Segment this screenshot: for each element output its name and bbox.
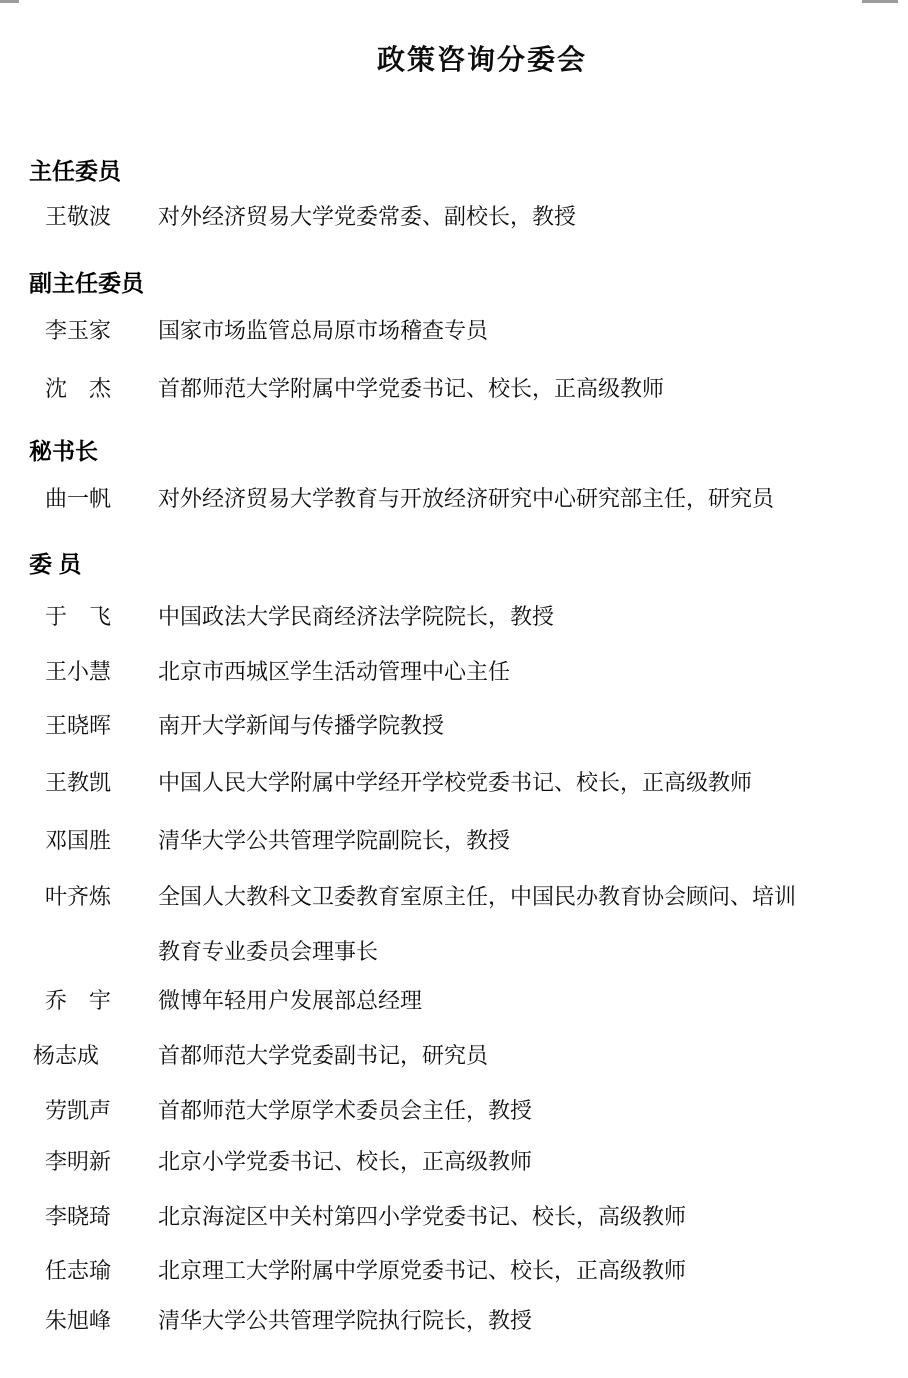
member-row: 邓国胜清华大学公共管理学院副院长，教授 [45, 828, 510, 854]
member-row: 杨志成首都师范大学党委副书记，研究员 [33, 1043, 488, 1069]
member-row: 王小慧北京市西城区学生活动管理中心主任 [45, 659, 510, 685]
member-row: 朱旭峰清华大学公共管理学院执行院长，教授 [45, 1308, 532, 1334]
member-row: 于 飞中国政法大学民商经济法学院院长，教授 [45, 604, 554, 630]
member-description: 首都师范大学原学术委员会主任，教授 [158, 1098, 532, 1124]
window-edge-fragment-left [0, 0, 19, 3]
member-description: 北京小学党委书记、校长，正高级教师 [158, 1149, 532, 1175]
member-row: 乔 宇微博年轻用户发展部总经理 [45, 988, 422, 1014]
document-page: 政策咨询分委会 主任委员 王敬波对外经济贸易大学党委常委、副校长，教授 副主任委… [0, 0, 908, 1378]
member-description: 国家市场监管总局原市场稽查专员 [158, 318, 488, 344]
member-name: 王晓晖 [45, 713, 158, 739]
member-description: 中国政法大学民商经济法学院院长，教授 [158, 604, 554, 630]
member-row: 沈 杰首都师范大学附属中学党委书记、校长，正高级教师 [45, 376, 664, 402]
member-description: 中国人民大学附属中学经开学校党委书记、校长，正高级教师 [158, 770, 752, 796]
member-name: 乔 宇 [45, 988, 158, 1014]
member-name: 王教凯 [45, 770, 158, 796]
member-name: 朱旭峰 [45, 1308, 158, 1334]
member-name: 于 飞 [45, 604, 158, 630]
member-description: 首都师范大学党委副书记，研究员 [158, 1043, 488, 1069]
member-description: 清华大学公共管理学院执行院长，教授 [158, 1308, 532, 1334]
member-row: 曲一帆对外经济贸易大学教育与开放经济研究中心研究部主任，研究员 [45, 486, 774, 512]
member-name: 李明新 [45, 1149, 158, 1175]
member-row: 王晓晖南开大学新闻与传播学院教授 [45, 713, 444, 739]
member-description: 首都师范大学附属中学党委书记、校长，正高级教师 [158, 376, 664, 402]
member-row: 王敬波对外经济贸易大学党委常委、副校长，教授 [45, 204, 576, 230]
section-heading-members: 委 员 [29, 551, 81, 577]
window-edge-fragment-right [862, 0, 898, 3]
member-row: 李玉家国家市场监管总局原市场稽查专员 [45, 318, 488, 344]
member-description: 对外经济贸易大学教育与开放经济研究中心研究部主任，研究员 [158, 486, 774, 512]
member-description: 微博年轻用户发展部总经理 [158, 988, 422, 1014]
member-row: 李明新北京小学党委书记、校长，正高级教师 [45, 1149, 532, 1175]
member-description: 北京海淀区中关村第四小学党委书记、校长，高级教师 [158, 1204, 686, 1230]
member-name: 王敬波 [45, 204, 158, 230]
member-name: 叶齐炼 [45, 869, 158, 924]
member-description: 全国人大教科文卫委教育室原主任，中国民办教育协会顾问、培训 教育专业委员会理事长 [158, 869, 868, 979]
member-row: 劳凯声首都师范大学原学术委员会主任，教授 [45, 1098, 532, 1124]
section-heading-vice-chairman: 副主任委员 [29, 270, 144, 296]
member-name: 任志瑜 [45, 1258, 158, 1284]
member-name: 劳凯声 [45, 1098, 158, 1124]
member-name: 曲一帆 [45, 486, 158, 512]
member-name: 沈 杰 [45, 376, 158, 402]
member-description: 北京理工大学附属中学原党委书记、校长，正高级教师 [158, 1258, 686, 1284]
member-description: 对外经济贸易大学党委常委、副校长，教授 [158, 204, 576, 230]
section-heading-chairman: 主任委员 [29, 158, 121, 184]
member-row: 叶齐炼全国人大教科文卫委教育室原主任，中国民办教育协会顾问、培训 教育专业委员会… [45, 869, 868, 979]
member-description: 清华大学公共管理学院副院长，教授 [158, 828, 510, 854]
member-row: 任志瑜北京理工大学附属中学原党委书记、校长，正高级教师 [45, 1258, 686, 1284]
member-name: 王小慧 [45, 659, 158, 685]
page-title: 政策咨询分委会 [0, 45, 908, 75]
member-description: 北京市西城区学生活动管理中心主任 [158, 659, 510, 685]
member-description: 南开大学新闻与传播学院教授 [158, 713, 444, 739]
member-name: 邓国胜 [45, 828, 158, 854]
section-heading-secretary-general: 秘书长 [29, 438, 98, 464]
member-row: 王教凯中国人民大学附属中学经开学校党委书记、校长，正高级教师 [45, 770, 752, 796]
member-row: 李晓琦北京海淀区中关村第四小学党委书记、校长，高级教师 [45, 1204, 686, 1230]
member-name: 杨志成 [33, 1043, 158, 1069]
member-name: 李晓琦 [45, 1204, 158, 1230]
member-name: 李玉家 [45, 318, 158, 344]
